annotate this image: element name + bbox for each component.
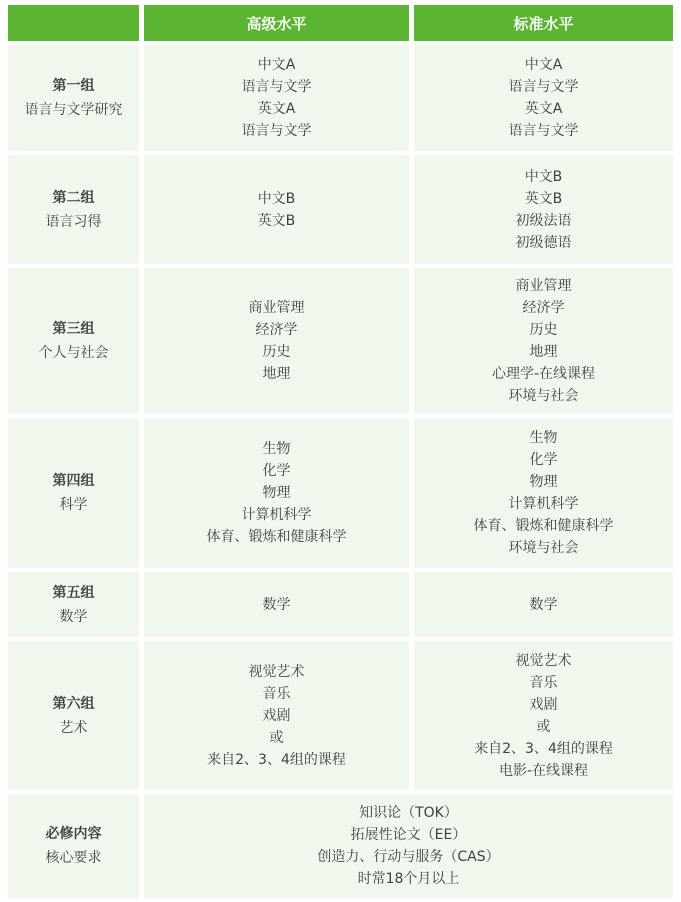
group-6-label-cell: 第六组 艺术 [8,641,139,790]
header-row: 高级水平 标准水平 [8,5,673,41]
group-subtitle: 科学 [14,493,133,517]
header-standard-level: 标准水平 [414,5,673,41]
group-subtitle: 个人与社会 [14,341,133,365]
group-title: 第六组 [14,692,133,716]
group-1-hl-courses: 中文A 语言与文学 英文A 语言与文学 [144,45,409,151]
group-title: 第一组 [14,74,133,98]
table-row-group-5: 第五组 数学 数学 数学 [8,572,673,637]
group-1-label-cell: 第一组 语言与文学研究 [8,45,139,151]
table-row-group-2: 第二组 语言习得 中文B 英文B 中文B 英文B 初级法语 初级德语 [8,155,673,264]
group-3-hl-courses: 商业管理 经济学 历史 地理 [144,268,409,414]
group-4-label-cell: 第四组 科学 [8,418,139,568]
table-row-group-6: 第六组 艺术 视觉艺术 音乐 戏剧 或 来自2、3、4组的课程 视觉艺术 音乐 … [8,641,673,790]
group-2-sl-courses: 中文B 英文B 初级法语 初级德语 [414,155,673,264]
group-4-hl-courses: 生物 化学 物理 计算机科学 体育、锻炼和健康科学 [144,418,409,568]
group-4-sl-courses: 生物 化学 物理 计算机科学 体育、锻炼和健康科学 环境与社会 [414,418,673,568]
core-label-cell: 必修内容 核心要求 [8,794,139,898]
group-title: 第五组 [14,581,133,605]
group-5-label-cell: 第五组 数学 [8,572,139,637]
group-5-sl-courses: 数学 [414,572,673,637]
group-subtitle: 语言与文学研究 [14,98,133,122]
table-row-core-requirements: 必修内容 核心要求 知识论（TOK） 拓展性论文（EE） 创造力、行动与服务（C… [8,794,673,898]
group-5-hl-courses: 数学 [144,572,409,637]
group-title: 第三组 [14,317,133,341]
group-title: 第四组 [14,469,133,493]
group-3-label-cell: 第三组 个人与社会 [8,268,139,414]
group-6-sl-courses: 视觉艺术 音乐 戏剧 或 来自2、3、4组的课程 电影-在线课程 [414,641,673,790]
group-subtitle: 艺术 [14,716,133,740]
group-6-hl-courses: 视觉艺术 音乐 戏剧 或 来自2、3、4组的课程 [144,641,409,790]
header-corner-cell [8,5,139,41]
group-2-label-cell: 第二组 语言习得 [8,155,139,264]
group-title: 必修内容 [14,822,133,846]
group-subtitle: 数学 [14,605,133,629]
group-1-sl-courses: 中文A 语言与文学 英文A 语言与文学 [414,45,673,151]
table-row-group-4: 第四组 科学 生物 化学 物理 计算机科学 体育、锻炼和健康科学 生物 化学 物… [8,418,673,568]
curriculum-table-page: 高级水平 标准水平 第一组 语言与文学研究 中文A 语言与文学 英文A 语言与文… [0,0,681,849]
group-subtitle: 语言习得 [14,210,133,234]
group-title: 第二组 [14,186,133,210]
ib-curriculum-table: 高级水平 标准水平 第一组 语言与文学研究 中文A 语言与文学 英文A 语言与文… [3,1,678,902]
core-requirements-cell: 知识论（TOK） 拓展性论文（EE） 创造力、行动与服务（CAS） 时常18个月… [144,794,673,898]
group-3-sl-courses: 商业管理 经济学 历史 地理 心理学-在线课程 环境与社会 [414,268,673,414]
group-2-hl-courses: 中文B 英文B [144,155,409,264]
table-row-group-3: 第三组 个人与社会 商业管理 经济学 历史 地理 商业管理 经济学 历史 地理 … [8,268,673,414]
table-row-group-1: 第一组 语言与文学研究 中文A 语言与文学 英文A 语言与文学 中文A 语言与文… [8,45,673,151]
group-subtitle: 核心要求 [14,846,133,870]
header-higher-level: 高级水平 [144,5,409,41]
